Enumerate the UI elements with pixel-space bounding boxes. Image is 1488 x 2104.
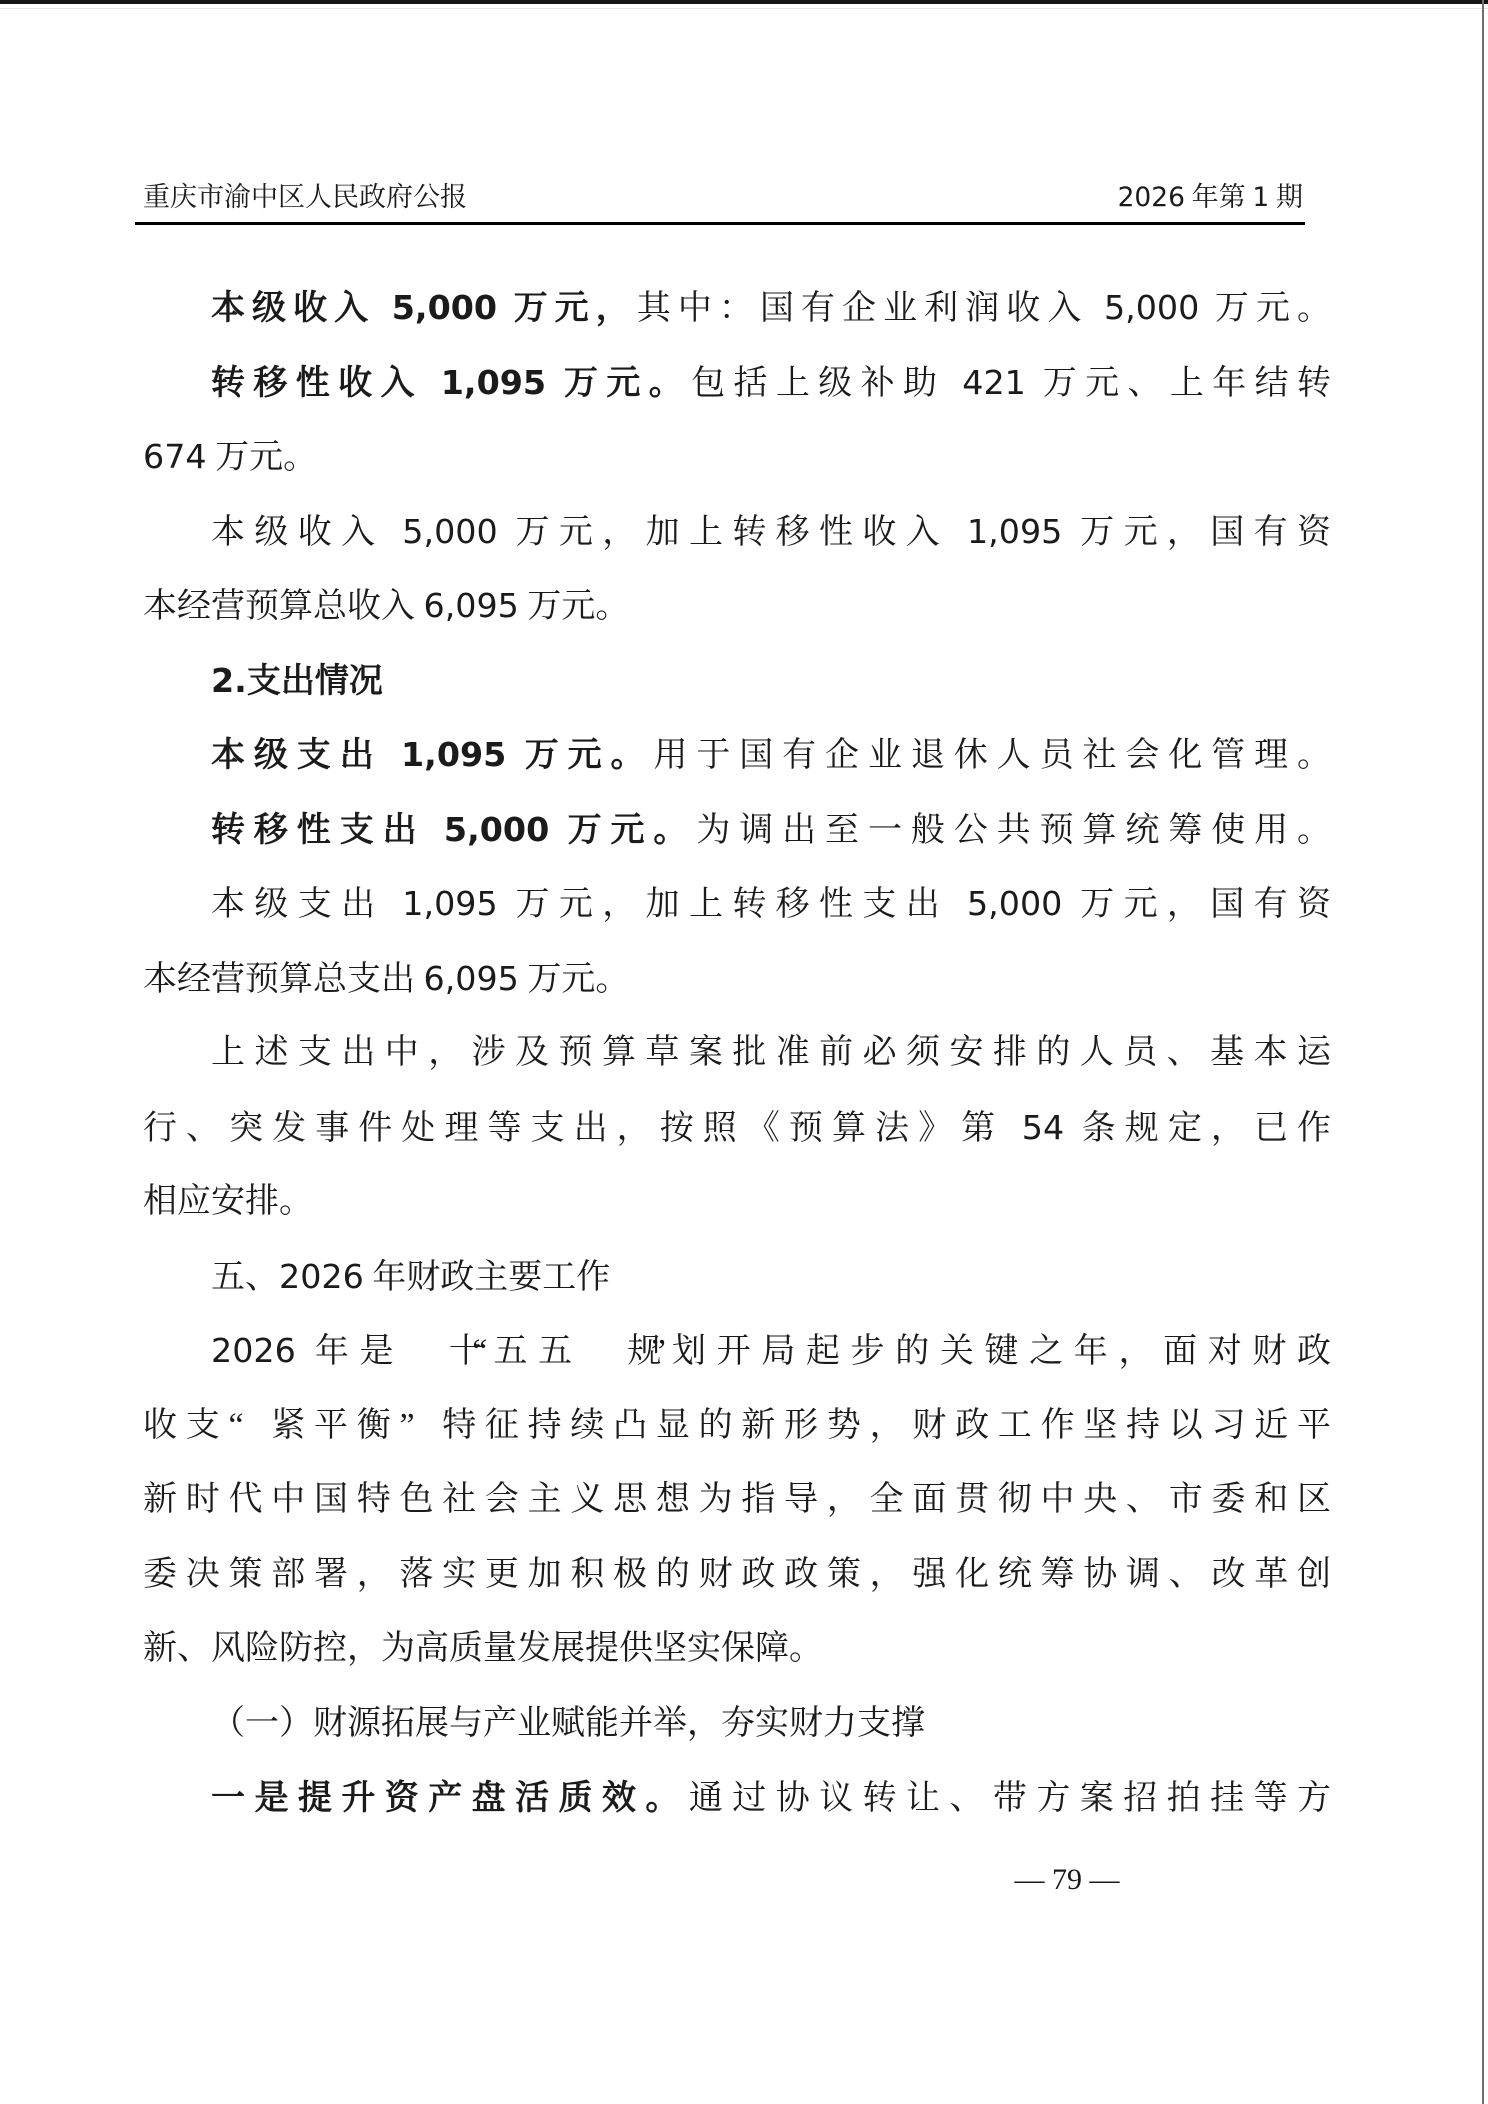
page-right-edge [1482,0,1484,2104]
text-line: 收支“紧平衡”特征持续凸显的新形势，财政工作坚持以习近平 [143,1389,1331,1464]
text-line: 本级收入 5,000 万元，加上转移性收入 1,095 万元，国有资 [143,495,1331,570]
text-line: 本级收入 5,000 万元，其中：国有企业利润收入 5,000 万元。 [143,271,1331,346]
document-body: 本级收入 5,000 万元，其中：国有企业利润收入 5,000 万元。转移性收入… [143,271,1331,1836]
text-line: 行、突发事件处理等支出，按照《预算法》第 54 条规定，已作 [143,1091,1331,1166]
gazette-title: 重庆市渝中区人民政府公报 [143,178,467,216]
text-line: 本级支出 1,095 万元，加上转移性支出 5,000 万元，国有资 [143,867,1331,942]
header-divider [135,222,1305,225]
text-line: 五、2026 年财政主要工作 [143,1240,1331,1315]
document-page: 重庆市渝中区人民政府公报 2026 年第 1 期 本级收入 5,000 万元，其… [0,0,1488,2104]
text-line: 2026 年是“十五五”规划开局起步的关键之年，面对财政 [143,1314,1331,1389]
text-line: 上述支出中，涉及预算草案批准前必须安排的人员、基本运 [143,1016,1331,1091]
text-line: 本经营预算总收入 6,095 万元。 [143,569,1331,644]
text-line: 新、风险防控，为高质量发展提供坚实保障。 [143,1612,1331,1687]
text-line: 委决策部署，落实更加积极的财政政策，强化统筹协调、改革创 [143,1538,1331,1613]
text-line: 本经营预算总支出 6,095 万元。 [143,942,1331,1017]
text-line: 转移性支出 5,000 万元。为调出至一般公共预算统筹使用。 [143,793,1331,868]
text-line: 674 万元。 [143,420,1331,495]
text-line: 转移性收入 1,095 万元。包括上级补助 421 万元、上年结转 [143,346,1331,421]
page-header: 重庆市渝中区人民政府公报 2026 年第 1 期 [143,178,1303,216]
text-line: （一）财源拓展与产业赋能并举，夯实财力支撑 [143,1687,1331,1762]
page-number: — 79 — [987,1856,1147,1904]
text-line: 新时代中国特色社会主义思想为指导，全面贯彻中央、市委和区 [143,1463,1331,1538]
issue-label: 2026 年第 1 期 [1118,178,1303,216]
top-hairline [0,8,1488,9]
window-top-edge [0,0,1488,4]
text-line: 一是提升资产盘活质效。通过协议转让、带方案招拍挂等方 [143,1761,1331,1836]
text-line: 2.支出情况 [143,644,1331,719]
text-line: 相应安排。 [143,1165,1331,1240]
text-line: 本级支出 1,095 万元。用于国有企业退休人员社会化管理。 [143,718,1331,793]
